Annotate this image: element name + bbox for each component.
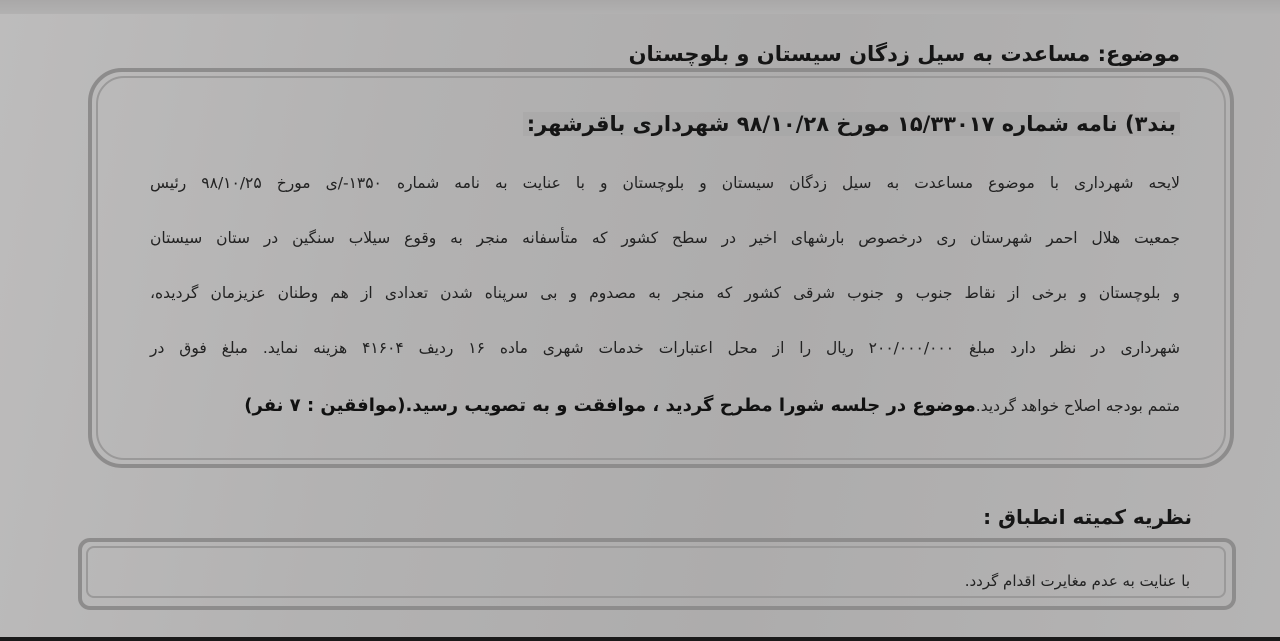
body-line-5: متمم بودجه اصلاح خواهد گردید.موضوع در جل…: [150, 395, 1180, 416]
committee-opinion: با عنایت به عدم مغایرت اقدام گردد.: [965, 572, 1190, 590]
body-line-2: جمعیت هلال احمر شهرستان ری درخصوص بارشها…: [150, 229, 1180, 247]
item-heading: بند۳) نامه شماره ۱۵/۳۳۰۱۷ مورخ ۹۸/۱۰/۲۸ …: [523, 112, 1180, 136]
council-resolution: موضوع در جلسه شورا مطرح گردید ، موافقت و…: [244, 395, 976, 416]
document-page: موضوع: مساعدت به سیل زدگان سیستان و بلوچ…: [0, 0, 1280, 641]
body-line-5-text: متمم بودجه اصلاح خواهد گردید.: [976, 397, 1180, 415]
body-line-4: شهرداری در نظر دارد مبلغ ۲۰۰/۰۰۰/۰۰۰ ریا…: [150, 339, 1180, 357]
body-line-3: و بلوچستان و برخی از نقاط جنوب و جنوب شر…: [150, 284, 1180, 302]
committee-title: نظریه کمیته انطباق :: [983, 505, 1192, 529]
body-line-1: لایحه شهرداری با موضوع مساعدت به سیل زدگ…: [150, 174, 1180, 192]
previous-page-edge: [0, 0, 1280, 14]
bottom-edge: [0, 637, 1280, 641]
subject-title: موضوع: مساعدت به سیل زدگان سیستان و بلوچ…: [629, 42, 1180, 66]
